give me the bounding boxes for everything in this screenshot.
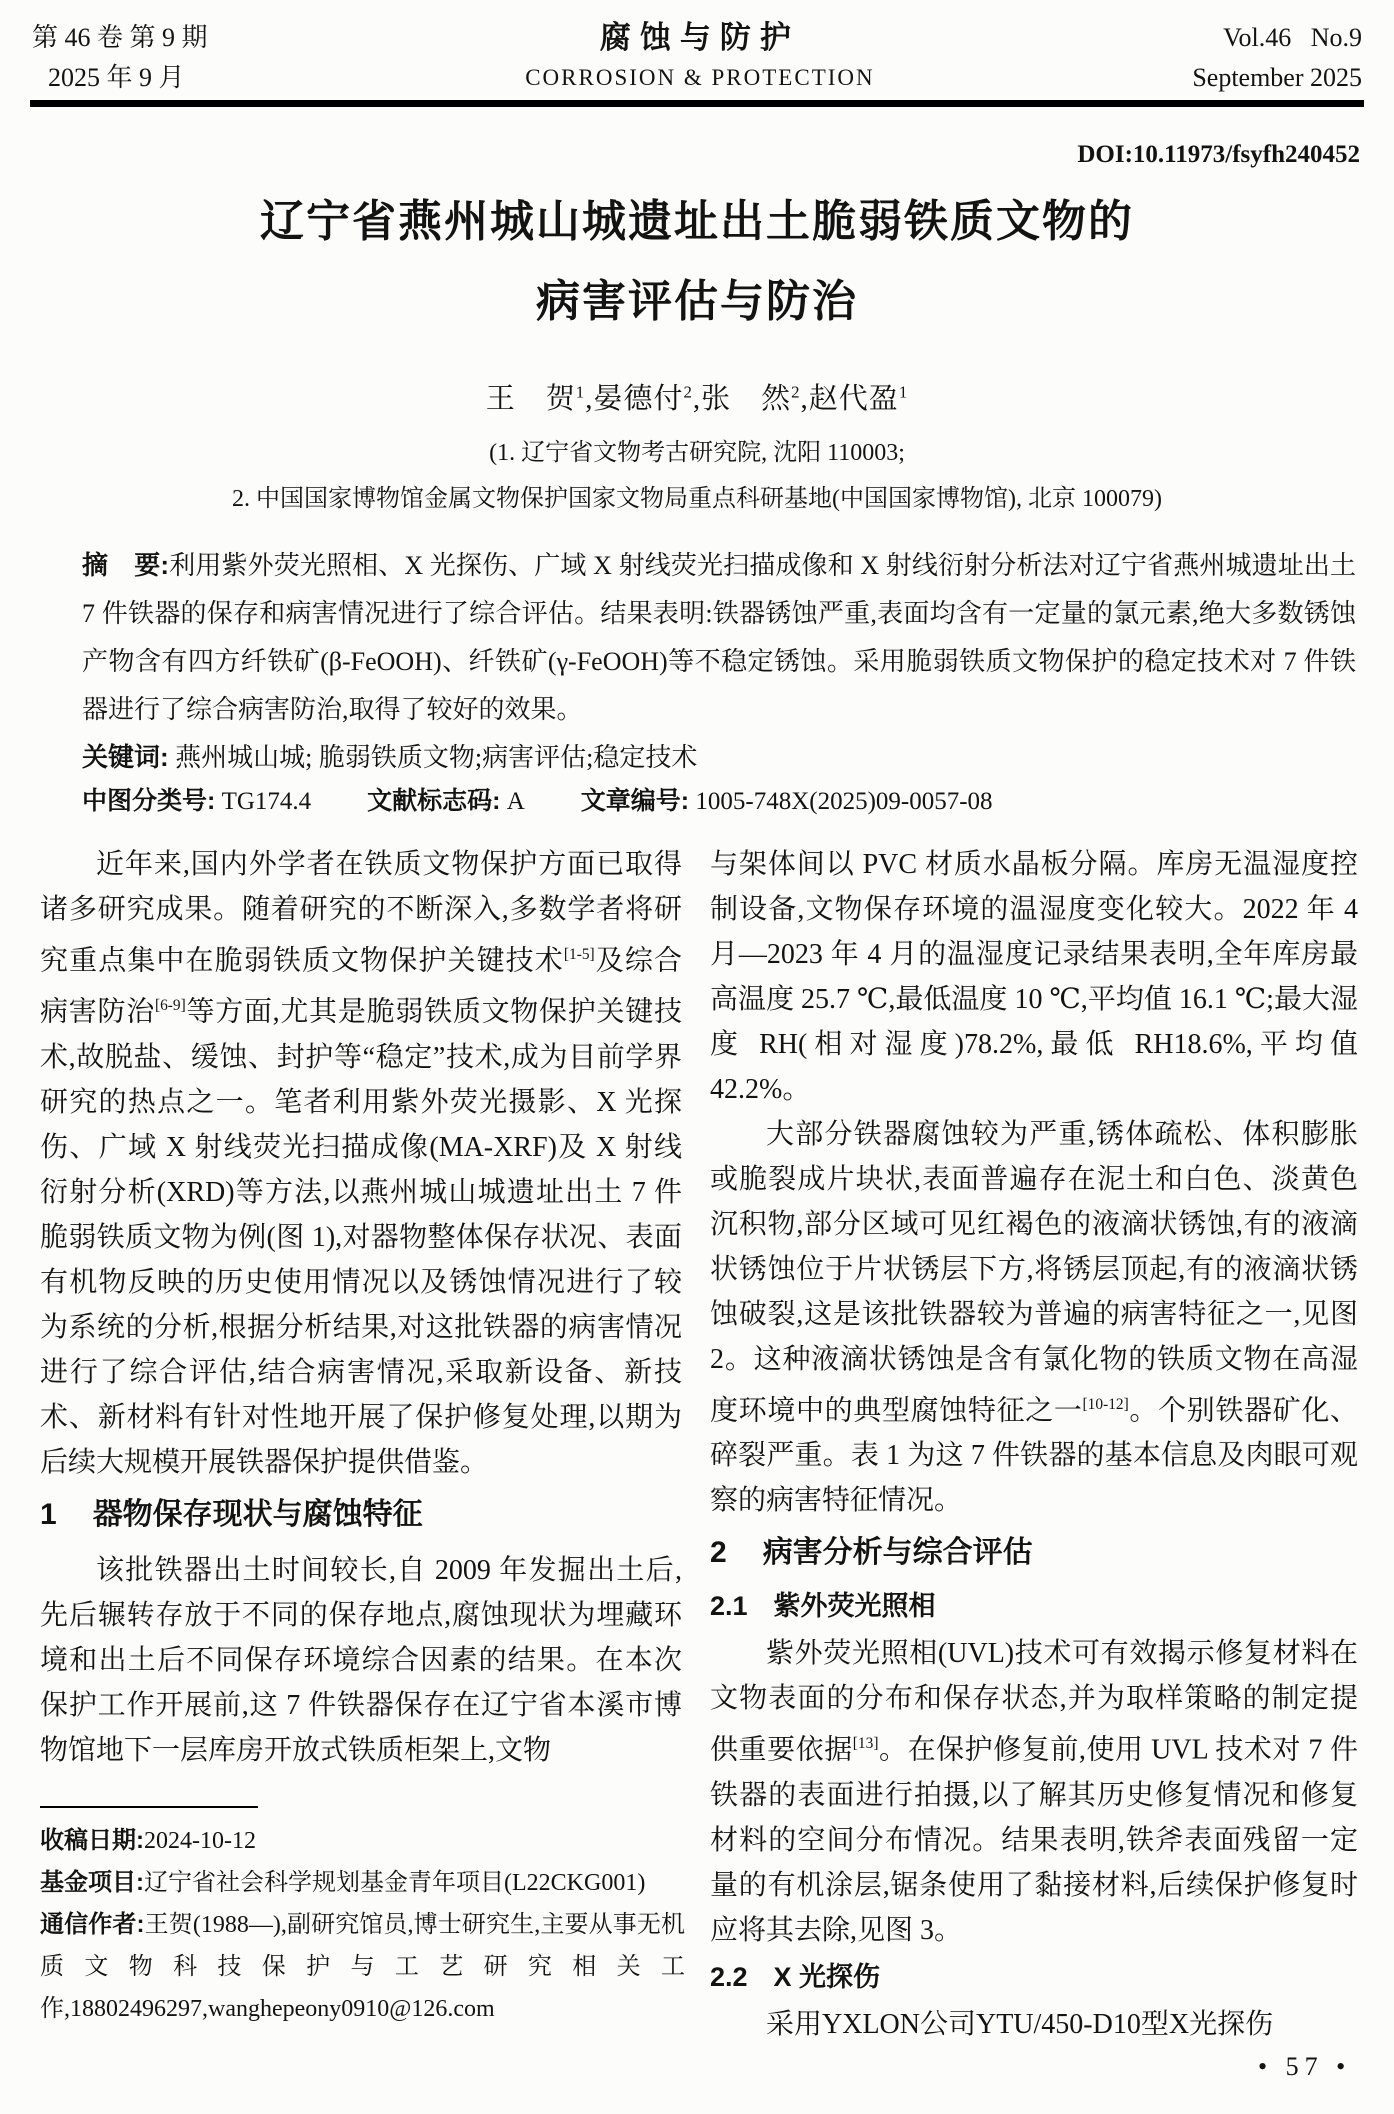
- author-name: ,赵代盈: [801, 383, 899, 415]
- author-affil-sup: 1: [576, 382, 585, 401]
- doc-code-label: 文献标志码:: [367, 787, 500, 815]
- author-name: 王 贺: [486, 383, 576, 415]
- affiliations: (1. 辽宁省文物考古研究院, 沈阳 110003; 2. 中国国家博物馆金属文…: [0, 430, 1394, 522]
- clc-value: TG174.4: [222, 788, 312, 815]
- date-cn: 2025 年 9 月: [32, 58, 208, 98]
- intro-text: 等方面,尤其是脆弱铁质文物保护关键技术,故脱盐、缓蚀、封护等“稳定”技术,成为目…: [40, 997, 682, 1478]
- abstract-text: 利用紫外荧光照相、X 光探伤、广域 X 射线荧光扫描成像和 X 射线衍射分析法对…: [82, 551, 1356, 724]
- section-2-heading: 2病害分析与综合评估: [710, 1534, 1358, 1572]
- journal-title-block: 腐蚀与防护 CORROSION & PROTECTION: [525, 18, 874, 98]
- journal-header: 第 46 卷 第 9 期 2025 年 9 月 腐蚀与防护 CORROSION …: [32, 18, 1362, 98]
- article-id-value: 1005-748X(2025)09-0057-08: [695, 788, 992, 815]
- xray-paragraph: 采用YXLON公司YTU/450-D10型X光探伤: [710, 2002, 1358, 2047]
- corresponding-label: 通信作者:: [40, 1911, 144, 1938]
- page-number: • 57 •: [1258, 2052, 1351, 2082]
- author-name: ,张 然: [693, 383, 791, 415]
- affiliation-1: (1. 辽宁省文物考古研究院, 沈阳 110003;: [0, 430, 1394, 476]
- reference-sup: [10-12]: [1083, 1396, 1129, 1413]
- received-label: 收稿日期:: [40, 1827, 144, 1854]
- body-column-right: 与架体间以 PVC 材质水晶板分隔。库房无温湿度控制设备,文物保存环境的温湿度变…: [710, 842, 1358, 2047]
- journal-title-en: CORROSION & PROTECTION: [525, 58, 874, 98]
- uvl-paragraph: 紫外荧光照相(UVL)技术可有效揭示修复材料在文物表面的分布和保存状态,并为取样…: [710, 1631, 1358, 1952]
- article-id-pair: 文章编号: 1005-748X(2025)09-0057-08: [581, 788, 993, 815]
- corrosion-text: 大部分铁器腐蚀较为严重,锈体疏松、体积膨胀或脆裂成片块状,表面普遍存在泥土和白色…: [710, 1119, 1358, 1426]
- section-title: 器物保存现状与腐蚀特征: [93, 1498, 423, 1531]
- subsection-number: 2.1: [710, 1591, 748, 1621]
- clc-label: 中图分类号:: [82, 787, 215, 815]
- keywords-label: 关键词:: [82, 742, 169, 772]
- keywords: 关键词: 燕州城山城; 脆弱铁质文物;病害评估;稳定技术: [82, 737, 1356, 774]
- author-affil-sup: 1: [899, 382, 908, 401]
- fund-text: 辽宁省社会科学规划基金青年项目(L22CKG001): [144, 1870, 645, 1896]
- author-affil-sup: 2: [683, 382, 692, 401]
- abstract-label: 摘 要:: [82, 550, 169, 580]
- article-id-label: 文章编号:: [581, 787, 689, 815]
- reference-sup: [13]: [853, 1735, 879, 1752]
- body-column-left: 近年来,国内外学者在铁质文物保护方面已取得诸多研究成果。随着研究的不断深入,多数…: [40, 842, 682, 1773]
- subsection-number: 2.2: [710, 1962, 748, 1992]
- journal-title-cn: 腐蚀与防护: [525, 18, 874, 58]
- keywords-text: 燕州城山城; 脆弱铁质文物;病害评估;稳定技术: [175, 743, 697, 772]
- author-name: ,晏德付: [585, 383, 683, 415]
- affiliation-2: 2. 中国国家博物馆金属文物保护国家文物局重点科研基地(中国国家博物馆), 北京…: [0, 476, 1394, 522]
- section-1-paragraph: 该批铁器出土时间较长,自 2009 年发掘出土后,先后辗转存放于不同的保存地点,…: [40, 1548, 682, 1773]
- received-date: 2024-10-12: [144, 1828, 256, 1854]
- header-issue-info: 第 46 卷 第 9 期 2025 年 9 月: [32, 18, 208, 98]
- section-2-2-heading: 2.2X 光探伤: [710, 1957, 1358, 1997]
- footnote-corresponding: 通信作者:王贺(1988—),副研究馆员,博士研究生,主要从事无机质文物科技保护…: [40, 1904, 685, 2030]
- reference-sup: [6-9]: [155, 997, 186, 1014]
- article-title: 辽宁省燕州城山城遗址出土脆弱铁质文物的 病害评估与防治: [0, 182, 1394, 342]
- continuation-paragraph: 与架体间以 PVC 材质水晶板分隔。库房无温湿度控制设备,文物保存环境的温湿度变…: [710, 842, 1358, 1112]
- section-number: 2: [710, 1536, 727, 1569]
- article-title-line1: 辽宁省燕州城山城遗址出土脆弱铁质文物的: [0, 182, 1394, 262]
- volume-issue-cn: 第 46 卷 第 9 期: [32, 18, 208, 58]
- corrosion-paragraph: 大部分铁器腐蚀较为严重,锈体疏松、体积膨胀或脆裂成片块状,表面普遍存在泥土和白色…: [710, 1112, 1358, 1523]
- abstract: 摘 要:利用紫外荧光照相、X 光探伤、广域 X 射线荧光扫描成像和 X 射线衍射…: [82, 541, 1356, 734]
- reference-sup: [1-5]: [564, 946, 595, 963]
- date-en: September 2025: [1192, 58, 1362, 98]
- fund-label: 基金项目:: [40, 1869, 144, 1896]
- article-title-line2: 病害评估与防治: [0, 262, 1394, 342]
- volume-issue-en: Vol.46 No.9: [1192, 18, 1362, 58]
- intro-paragraph: 近年来,国内外学者在铁质文物保护方面已取得诸多研究成果。随着研究的不断深入,多数…: [40, 842, 682, 1485]
- author-affil-sup: 2: [791, 382, 800, 401]
- section-1-heading: 1器物保存现状与腐蚀特征: [40, 1496, 682, 1534]
- authors-line: 王 贺1,晏德付2,张 然2,赵代盈1: [0, 376, 1394, 417]
- header-rule: [30, 100, 1364, 107]
- section-2-1-heading: 2.1紫外荧光照相: [710, 1586, 1358, 1626]
- footnote-received: 收稿日期:2024-10-12: [40, 1820, 685, 1862]
- footnotes-block: 收稿日期:2024-10-12 基金项目:辽宁省社会科学规划基金青年项目(L22…: [40, 1806, 685, 2030]
- uvl-text: 。在保护修复前,使用 UVL 技术对 7 件铁器的表面进行拍摄,以了解其历史修复…: [710, 1735, 1358, 1946]
- doc-code-value: A: [507, 788, 525, 815]
- footnote-separator: [40, 1806, 258, 1808]
- section-title: 病害分析与综合评估: [763, 1536, 1033, 1569]
- footnote-fund: 基金项目:辽宁省社会科学规划基金青年项目(L22CKG001): [40, 1862, 685, 1904]
- doc-code-pair: 文献标志码: A: [367, 788, 525, 815]
- subsection-title: 紫外荧光照相: [774, 1591, 936, 1621]
- section-number: 1: [40, 1498, 57, 1531]
- journal-page: 第 46 卷 第 9 期 2025 年 9 月 腐蚀与防护 CORROSION …: [0, 0, 1394, 2114]
- clc-pair: 中图分类号: TG174.4: [82, 788, 311, 815]
- subsection-title: X 光探伤: [774, 1962, 881, 1992]
- doi: DOI:10.11973/fsyfh240452: [1077, 141, 1360, 169]
- classification-line: 中图分类号: TG174.4文献标志码: A文章编号: 1005-748X(20…: [82, 781, 1356, 817]
- header-issue-info-en: Vol.46 No.9 September 2025: [1192, 18, 1362, 98]
